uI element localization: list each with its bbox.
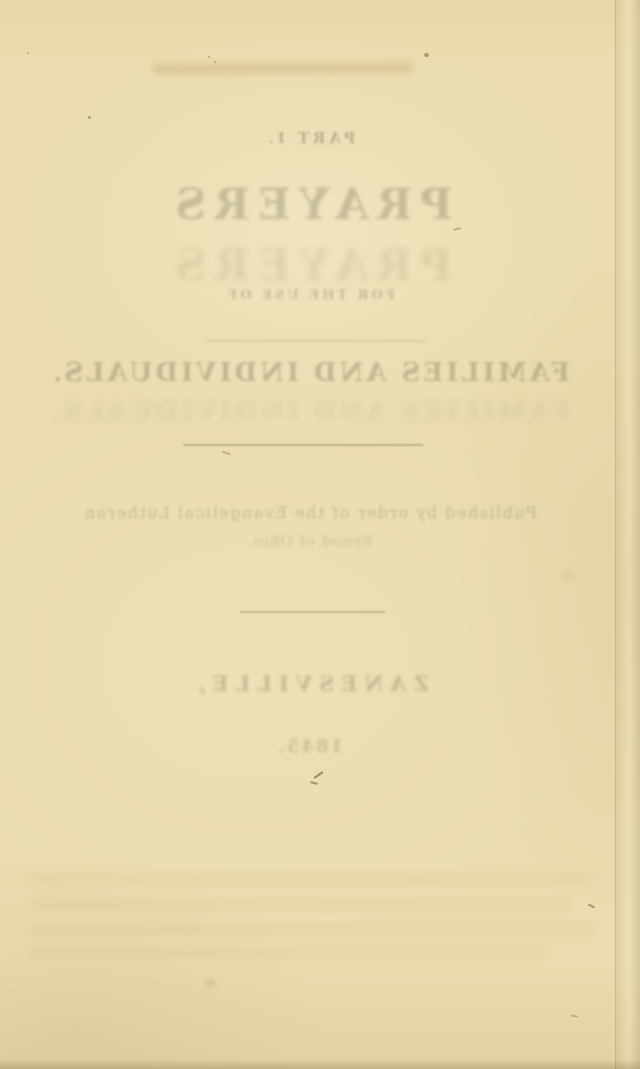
paper-fiber [453, 227, 461, 231]
showthrough-use-line: FOR THE USE OF [0, 288, 620, 303]
paper-speck [214, 61, 216, 63]
paper-stain [560, 570, 574, 582]
paper-fiber [588, 904, 595, 909]
paper-speck [88, 116, 91, 119]
showthrough-part-label: PART I. [0, 129, 620, 147]
showthrough-streak [28, 900, 568, 910]
showthrough-imprint-line1: Published by order of the Evangelical Lu… [0, 503, 620, 522]
showthrough-rule [183, 444, 423, 446]
paper-speck [208, 56, 210, 58]
showthrough-streak [28, 874, 594, 884]
showthrough-audience-echo: FAMILIES AND INDIVIDUALS. [0, 397, 620, 427]
showthrough-top-smudge [152, 62, 414, 75]
showthrough-title-echo: PRAYERS [0, 241, 620, 291]
showthrough-short-rule [240, 611, 385, 613]
showthrough-streak [28, 948, 548, 958]
paper-fiber [222, 451, 231, 455]
showthrough-streak [28, 925, 594, 935]
paper-speck [424, 53, 429, 57]
page-right-edge [615, 0, 640, 1069]
showthrough-city-line: ZANESVILLE, [0, 671, 620, 696]
page-bottom-edge [0, 1059, 640, 1069]
showthrough-title: PRAYERS [0, 180, 620, 230]
showthrough-audience-line: FAMILIES AND INDIVIDUALS. [0, 358, 620, 388]
paper-fiber [313, 771, 323, 779]
paper-fiber [310, 781, 318, 785]
showthrough-year-line: 1845. [0, 736, 620, 757]
showthrough-ghost-rule [205, 340, 427, 342]
paper-stain [206, 979, 215, 987]
paper-fiber [571, 1014, 578, 1017]
scanned-book-page: PART I. PRAYERS PRAYERS FOR THE USE OF F… [0, 0, 640, 1069]
paper-speck [27, 52, 29, 54]
showthrough-imprint-line2: Synod of Ohio. [0, 532, 620, 550]
